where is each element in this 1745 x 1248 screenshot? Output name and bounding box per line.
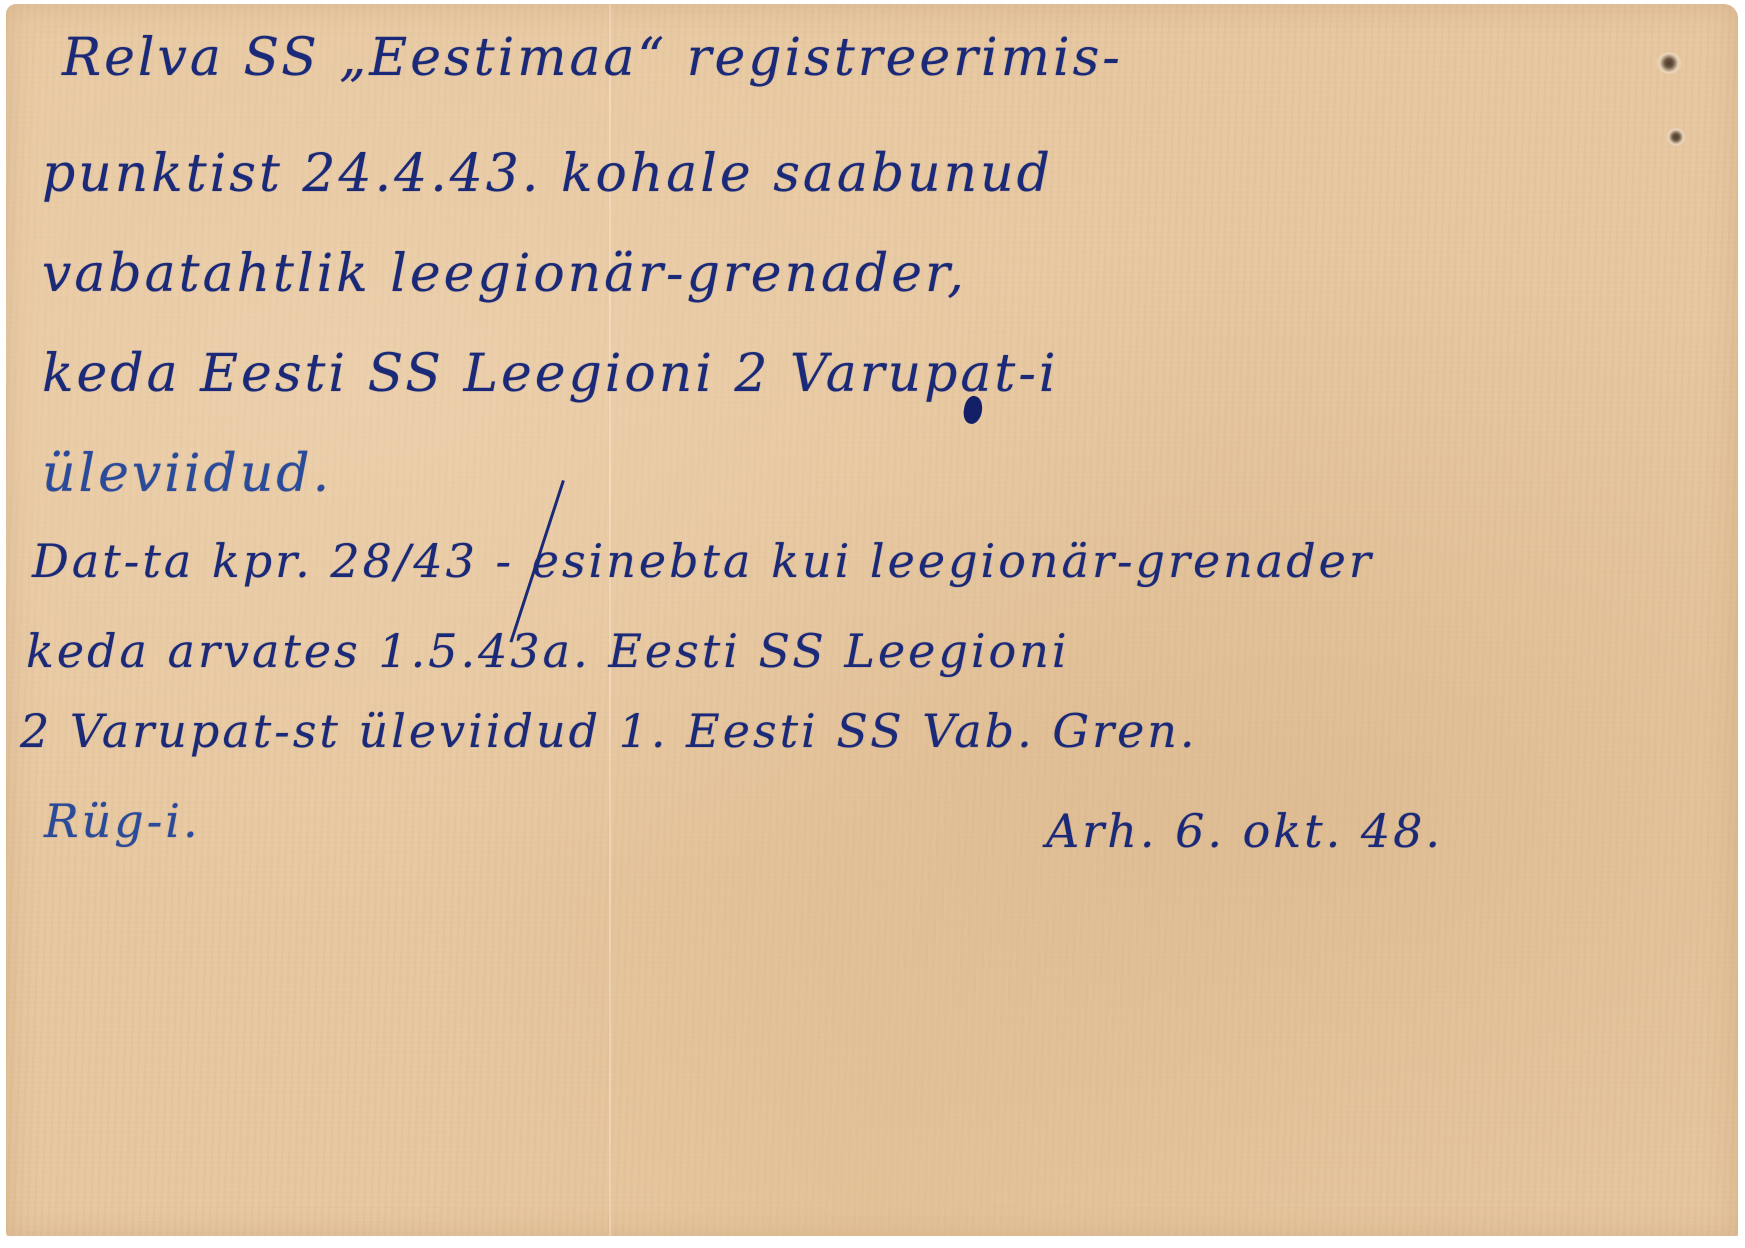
text-line-3: vabatahtlik leegionär-grenader,	[42, 244, 967, 304]
text-line-6: Dat-ta kpr. 28/43 - esinebta kui leegion…	[32, 534, 1374, 588]
paper-card: Relva SS „Eestimaa“ registreerimis- punk…	[6, 4, 1738, 1238]
text-line-4: keda Eesti SS Leegioni 2 Varupat-i	[42, 344, 1059, 404]
text-line-1: Relva SS „Eestimaa“ registreerimis-	[62, 28, 1123, 88]
text-line-7: keda arvates 1.5.43a. Eesti SS Leegioni	[26, 624, 1070, 678]
text-line-5: üleviidud.	[42, 444, 332, 504]
punch-hole-icon	[1666, 128, 1686, 146]
punch-hole-icon	[1656, 52, 1682, 74]
text-line-9: Rüg-i.	[44, 794, 201, 848]
text-line-8: 2 Varupat-st üleviidud 1. Eesti SS Vab. …	[20, 704, 1198, 758]
archive-date-signature: Arh. 6. okt. 48.	[1046, 804, 1443, 858]
text-line-2: punktist 24.4.43. kohale saabunud	[42, 144, 1053, 204]
scan-bottom-edge	[0, 1236, 1745, 1248]
scanned-document-page: Relva SS „Eestimaa“ registreerimis- punk…	[0, 0, 1745, 1248]
